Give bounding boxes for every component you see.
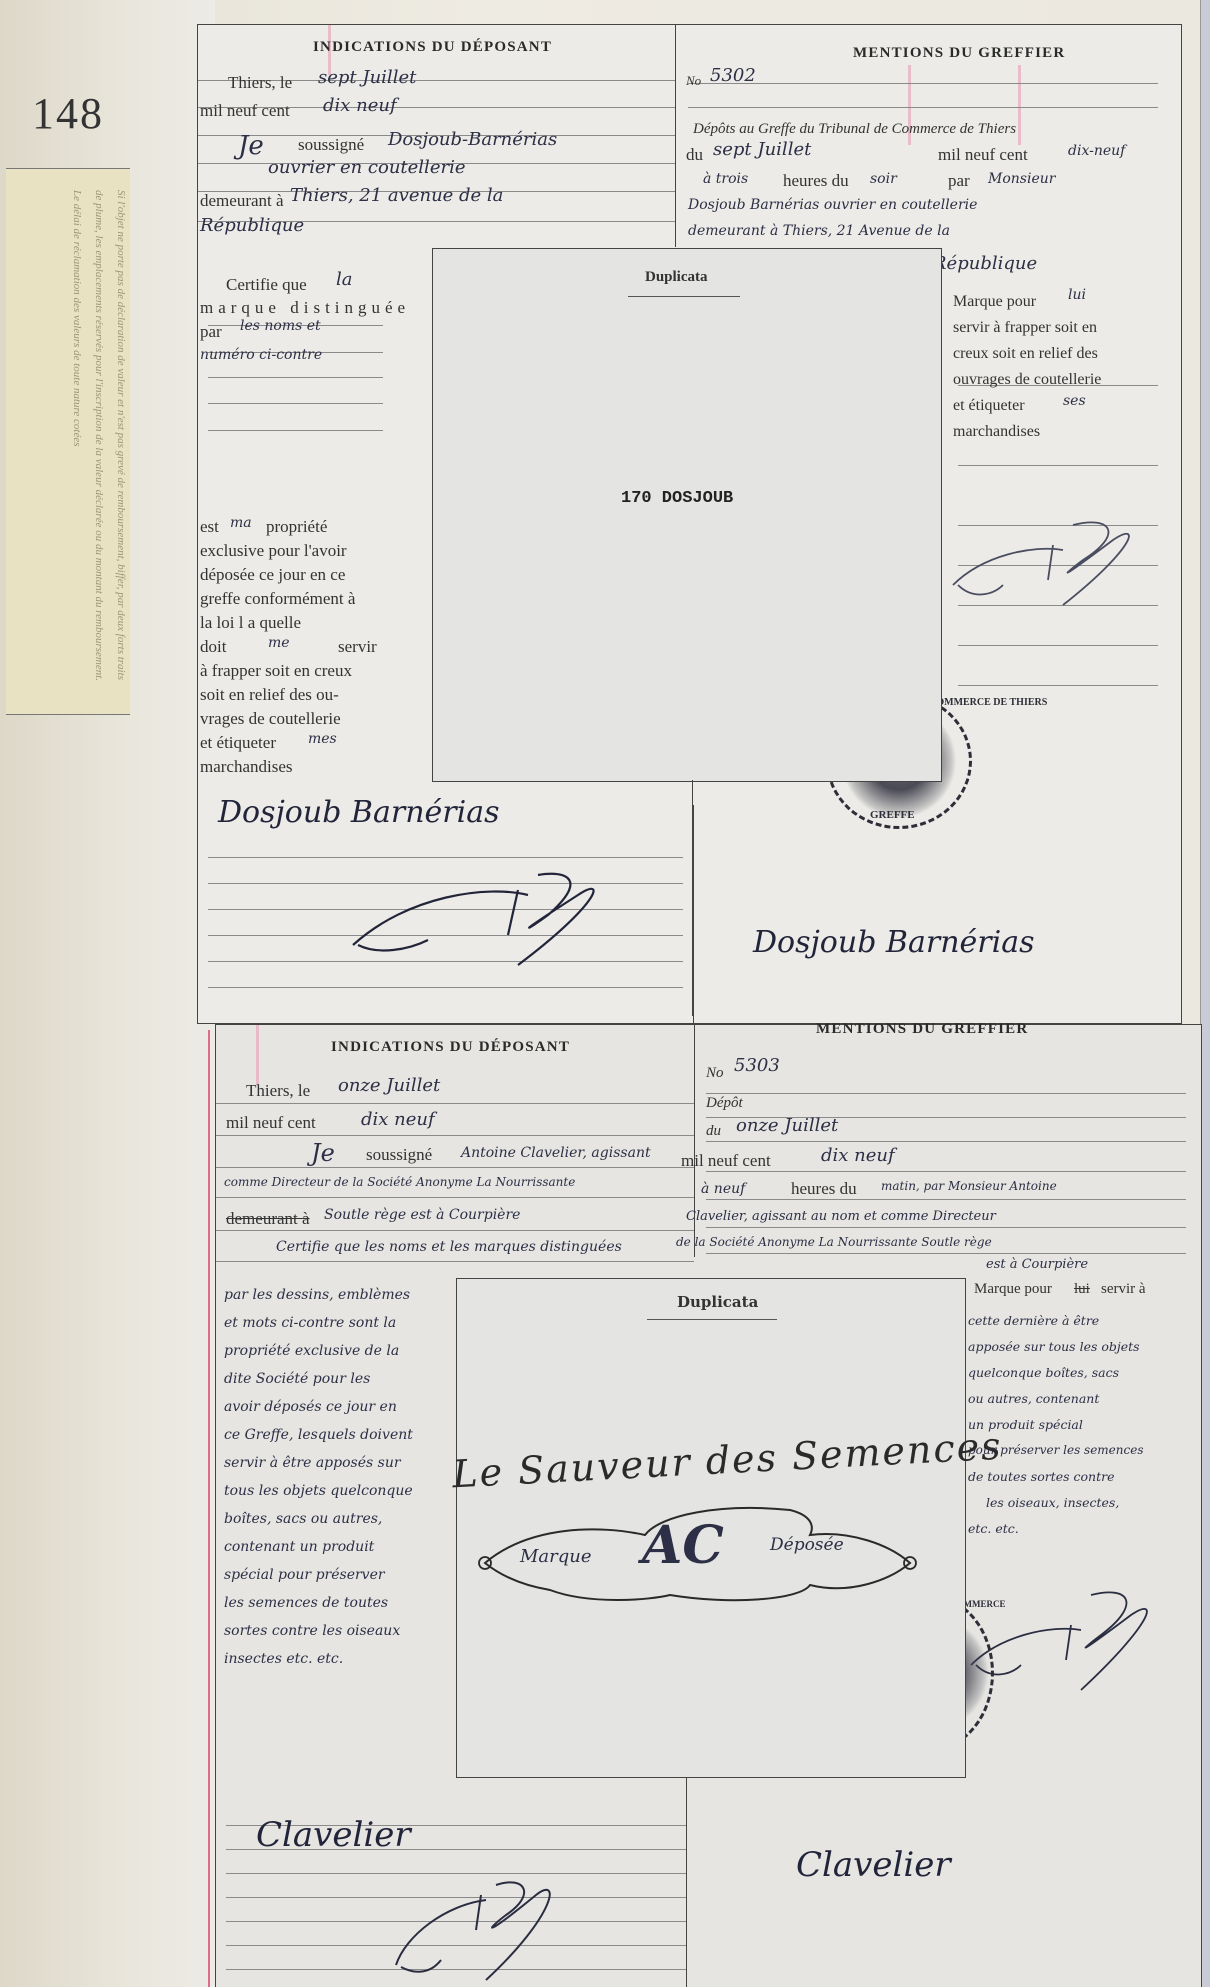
je-handwritten: Je: [238, 131, 264, 161]
greffier-body-line: de toutes sortes contre: [968, 1469, 1114, 1484]
greffier-body-line: et étiqueter: [953, 397, 1025, 415]
name-handwritten: Dosjoub-Barnérias: [388, 129, 557, 150]
ruled-line: [706, 1199, 1186, 1200]
body-line: vrages de coutellerie: [200, 709, 341, 729]
deposant-line-2: comme Directeur de la Société Anonyme La…: [224, 1175, 575, 1189]
pink-rule: [1018, 65, 1021, 145]
propriete-label: propriété: [266, 517, 327, 537]
etiqueter-handwritten: ses: [1063, 393, 1086, 409]
deposant-heading: INDICATIONS DU DÉPOSANT: [313, 39, 552, 56]
mark-left-word: Marque: [520, 1546, 592, 1567]
body-line: déposée ce jour en ce: [200, 565, 345, 585]
occupation-handwritten: ouvrier en coutellerie: [268, 157, 465, 178]
body-line: soit en relief des ou-: [200, 685, 339, 705]
greffier-body-line: ou autres, contenant: [968, 1391, 1099, 1406]
body-line: exclusive pour l'avoir: [200, 541, 347, 561]
a-handwritten: à trois: [703, 171, 748, 187]
body-line: tous les objets quelconque: [224, 1483, 413, 1499]
number-handwritten: 5303: [734, 1055, 780, 1076]
doit-handwritten: me: [268, 635, 290, 651]
ruled-line: [216, 1135, 694, 1136]
servir-label: servir à: [1101, 1281, 1146, 1298]
greffier-heading: MENTIONS DU GREFFIER: [816, 1021, 1028, 1038]
title-underline: [628, 296, 740, 297]
greffier-body-line: cette dernière à être: [968, 1313, 1099, 1328]
du-handwritten: onze Juillet: [736, 1115, 838, 1136]
ruled-line: [216, 1261, 694, 1262]
clerk-paraph-icon: [348, 855, 628, 975]
year-handwritten: dix-neuf: [1068, 143, 1125, 159]
a-handwritten: à neuf: [701, 1181, 745, 1197]
certifie-label: Certifie que: [226, 275, 307, 295]
date-handwritten: sept Juillet: [318, 67, 416, 88]
du-label: du: [706, 1123, 721, 1140]
mark-right-word: Déposée: [770, 1535, 844, 1555]
heures-label: heures du: [791, 1179, 857, 1199]
ruled-line: [216, 1197, 694, 1198]
deposant-heading: INDICATIONS DU DÉPOSANT: [331, 1039, 570, 1056]
marque-label: Marque pour: [953, 293, 1036, 311]
je-handwritten: Je: [311, 1139, 335, 1167]
est-handwritten: ma: [230, 515, 252, 531]
greffier-body-line: etc. etc.: [968, 1521, 1019, 1536]
depositor-signature-copy: Clavelier: [796, 1845, 951, 1885]
ruled-line: [688, 83, 1158, 84]
ruled-line: [958, 645, 1158, 646]
body-line: à frapper soit en creux: [200, 661, 352, 681]
year-handwritten: dix neuf: [361, 1109, 435, 1130]
body-line: propriété exclusive de la: [224, 1343, 399, 1359]
number-label: No: [706, 1065, 724, 1082]
depositor-signature-copy: Dosjoub Barnérias: [753, 925, 1035, 960]
ruled-line: [706, 1093, 1186, 1094]
body-line: et mots ci-contre sont la: [224, 1315, 396, 1331]
body-line: sortes contre les oiseaux: [224, 1623, 400, 1639]
heures-label: heures du: [783, 171, 849, 191]
soussigne-label: soussigné: [366, 1145, 432, 1165]
heures-handwritten: soir: [870, 171, 897, 187]
marque-handwritten: lui: [1068, 287, 1086, 303]
marque-label: Marque pour: [974, 1281, 1052, 1298]
city-label: Thiers, le: [246, 1081, 310, 1101]
greffier-body-line: creux soit en relief des: [953, 345, 1098, 363]
duplicata-title: Duplicata: [677, 1293, 758, 1311]
ruled-line: [706, 1227, 1186, 1228]
body-line: par les dessins, emblèmes: [224, 1287, 410, 1303]
ruled-line: [216, 1103, 694, 1104]
margin-rule: [208, 1030, 210, 1987]
greffier-body-line: ouvrages de coutellerie: [953, 371, 1101, 389]
est-label: est: [200, 517, 219, 537]
stamped-mark: 170 DOSJOUB: [621, 489, 733, 508]
year-label: mil neuf cent: [681, 1151, 771, 1171]
ruled-line: [216, 1230, 694, 1231]
year-label: mil neuf cent: [226, 1113, 316, 1133]
duplicata-title: Duplicata: [645, 269, 708, 286]
address-handwritten: Soutle rège est à Courpière: [324, 1207, 520, 1223]
body-line: greffe conformément à: [200, 589, 355, 609]
body-line: dite Société pour les: [224, 1371, 370, 1387]
ruled-line: [688, 107, 1158, 108]
folio-number: 148: [32, 88, 104, 139]
mark-monogram: AC: [642, 1515, 724, 1576]
par-handwritten-2: numéro ci-contre: [200, 347, 322, 363]
number-label: No: [686, 73, 701, 89]
ruled-line: [208, 430, 383, 431]
body-line: servir à être apposés sur: [224, 1455, 401, 1471]
greffier-body-line: les oiseaux, insectes,: [986, 1495, 1119, 1510]
ruled-line: [208, 377, 383, 378]
duplicata-box: Duplicata 170 DOSJOUB: [432, 248, 942, 782]
body-line: les semences de toutes: [224, 1595, 388, 1611]
city-label: Thiers, le: [228, 73, 292, 93]
du-label: du: [686, 145, 703, 165]
heures-handwritten: matin, par Monsieur Antoine: [881, 1179, 1057, 1193]
ruled-line: [706, 1171, 1186, 1172]
body-line: et étiqueter: [200, 733, 276, 753]
greffier-line-1: Dosjoub Barnérias ouvrier en coutellerie: [688, 197, 977, 213]
par-handwritten: Monsieur: [988, 171, 1055, 187]
depots-label: Dépôts au Greffe du Tribunal de Commerce…: [693, 121, 1016, 138]
demeurant-label: demeurant à: [226, 1209, 310, 1229]
body-line: spécial pour préserver: [224, 1567, 385, 1583]
etiqueter-handwritten: mes: [308, 731, 337, 747]
du-handwritten: sept Juillet: [713, 139, 811, 160]
body-line: ce Greffe, lesquels doivent: [224, 1427, 413, 1443]
marque-label: marque distinguée: [200, 298, 410, 318]
pink-rule: [256, 1025, 259, 1085]
greffier-body-line: quelconque boîtes, sacs: [968, 1365, 1119, 1380]
column-divider: [675, 25, 676, 247]
body-line: la loi l a quelle: [200, 613, 301, 633]
body-line: avoir déposés ce jour en: [224, 1399, 397, 1415]
par-handwritten: les noms et: [240, 318, 321, 334]
body-line: contenant un produit: [224, 1539, 374, 1555]
address-handwritten: Thiers, 21 avenue de la: [290, 185, 503, 206]
greffier-body-line: marchandises: [953, 423, 1040, 441]
par-label: par: [200, 322, 222, 342]
depositor-signature: Dosjoub Barnérias: [218, 795, 500, 830]
ruled-line: [208, 987, 683, 988]
greffier-body-line: servir à frapper soit en: [953, 319, 1097, 337]
greffier-line-1: Clavelier, agissant au nom et comme Dire…: [686, 1209, 996, 1224]
pasted-slip-text: Si l'objet ne porte pas de déclaration d…: [12, 190, 132, 690]
year-label: mil neuf cent: [938, 145, 1028, 165]
depot-label: Dépôt: [706, 1095, 743, 1112]
ruled-line: [216, 1167, 694, 1168]
title-underline: [647, 1319, 777, 1320]
ruled-line: [958, 465, 1158, 466]
date-handwritten: onze Juillet: [338, 1075, 440, 1096]
par-label: par: [948, 171, 970, 191]
seal-text-bottom: GREFFE: [870, 809, 915, 821]
certifie-handwritten: la: [336, 269, 353, 290]
servir-label: servir: [338, 637, 377, 657]
soussigne-label: soussigné: [298, 135, 364, 155]
greffier-line-2: de la Société Anonyme La Nourrissante So…: [676, 1235, 992, 1249]
year-handwritten: dix neuf: [821, 1145, 895, 1166]
duplicata-divider: [692, 780, 693, 1016]
column-divider: [693, 805, 694, 1023]
depositor-signature: Clavelier: [256, 1815, 411, 1855]
ruled-line: [208, 403, 383, 404]
year-handwritten: dix neuf: [323, 95, 397, 116]
greffier-body-line: apposée sur tous les objets: [968, 1339, 1140, 1354]
greffier-line-2: demeurant à Thiers, 21 Avenue de la: [688, 223, 950, 239]
ruled-line: [706, 1253, 1186, 1254]
name-handwritten: Antoine Clavelier, agissant: [461, 1145, 651, 1161]
demeurant-label: demeurant à: [200, 191, 284, 211]
greffier-line-3: est à Courpière: [986, 1257, 1088, 1272]
greffier-line-3: République: [933, 253, 1037, 274]
body-line: marchandises: [200, 757, 293, 777]
column-divider: [686, 1757, 687, 1987]
number-handwritten: 5302: [710, 65, 756, 86]
year-label: mil neuf cent: [200, 101, 290, 121]
certifie-handwritten: Certifie que les noms et les marques dis…: [276, 1239, 622, 1255]
ruled-line: [958, 685, 1158, 686]
address-handwritten-2: République: [200, 215, 304, 236]
clerk-paraph-icon: [386, 1855, 586, 1985]
ruled-line: [706, 1141, 1186, 1142]
body-line: doit: [200, 637, 226, 657]
body-line: insectes etc. etc.: [224, 1651, 343, 1667]
greffier-heading: MENTIONS DU GREFFIER: [853, 45, 1065, 62]
marque-struck: lui: [1074, 1281, 1090, 1298]
clerk-paraph-icon: [943, 505, 1143, 615]
body-line: boîtes, sacs ou autres,: [224, 1511, 382, 1527]
